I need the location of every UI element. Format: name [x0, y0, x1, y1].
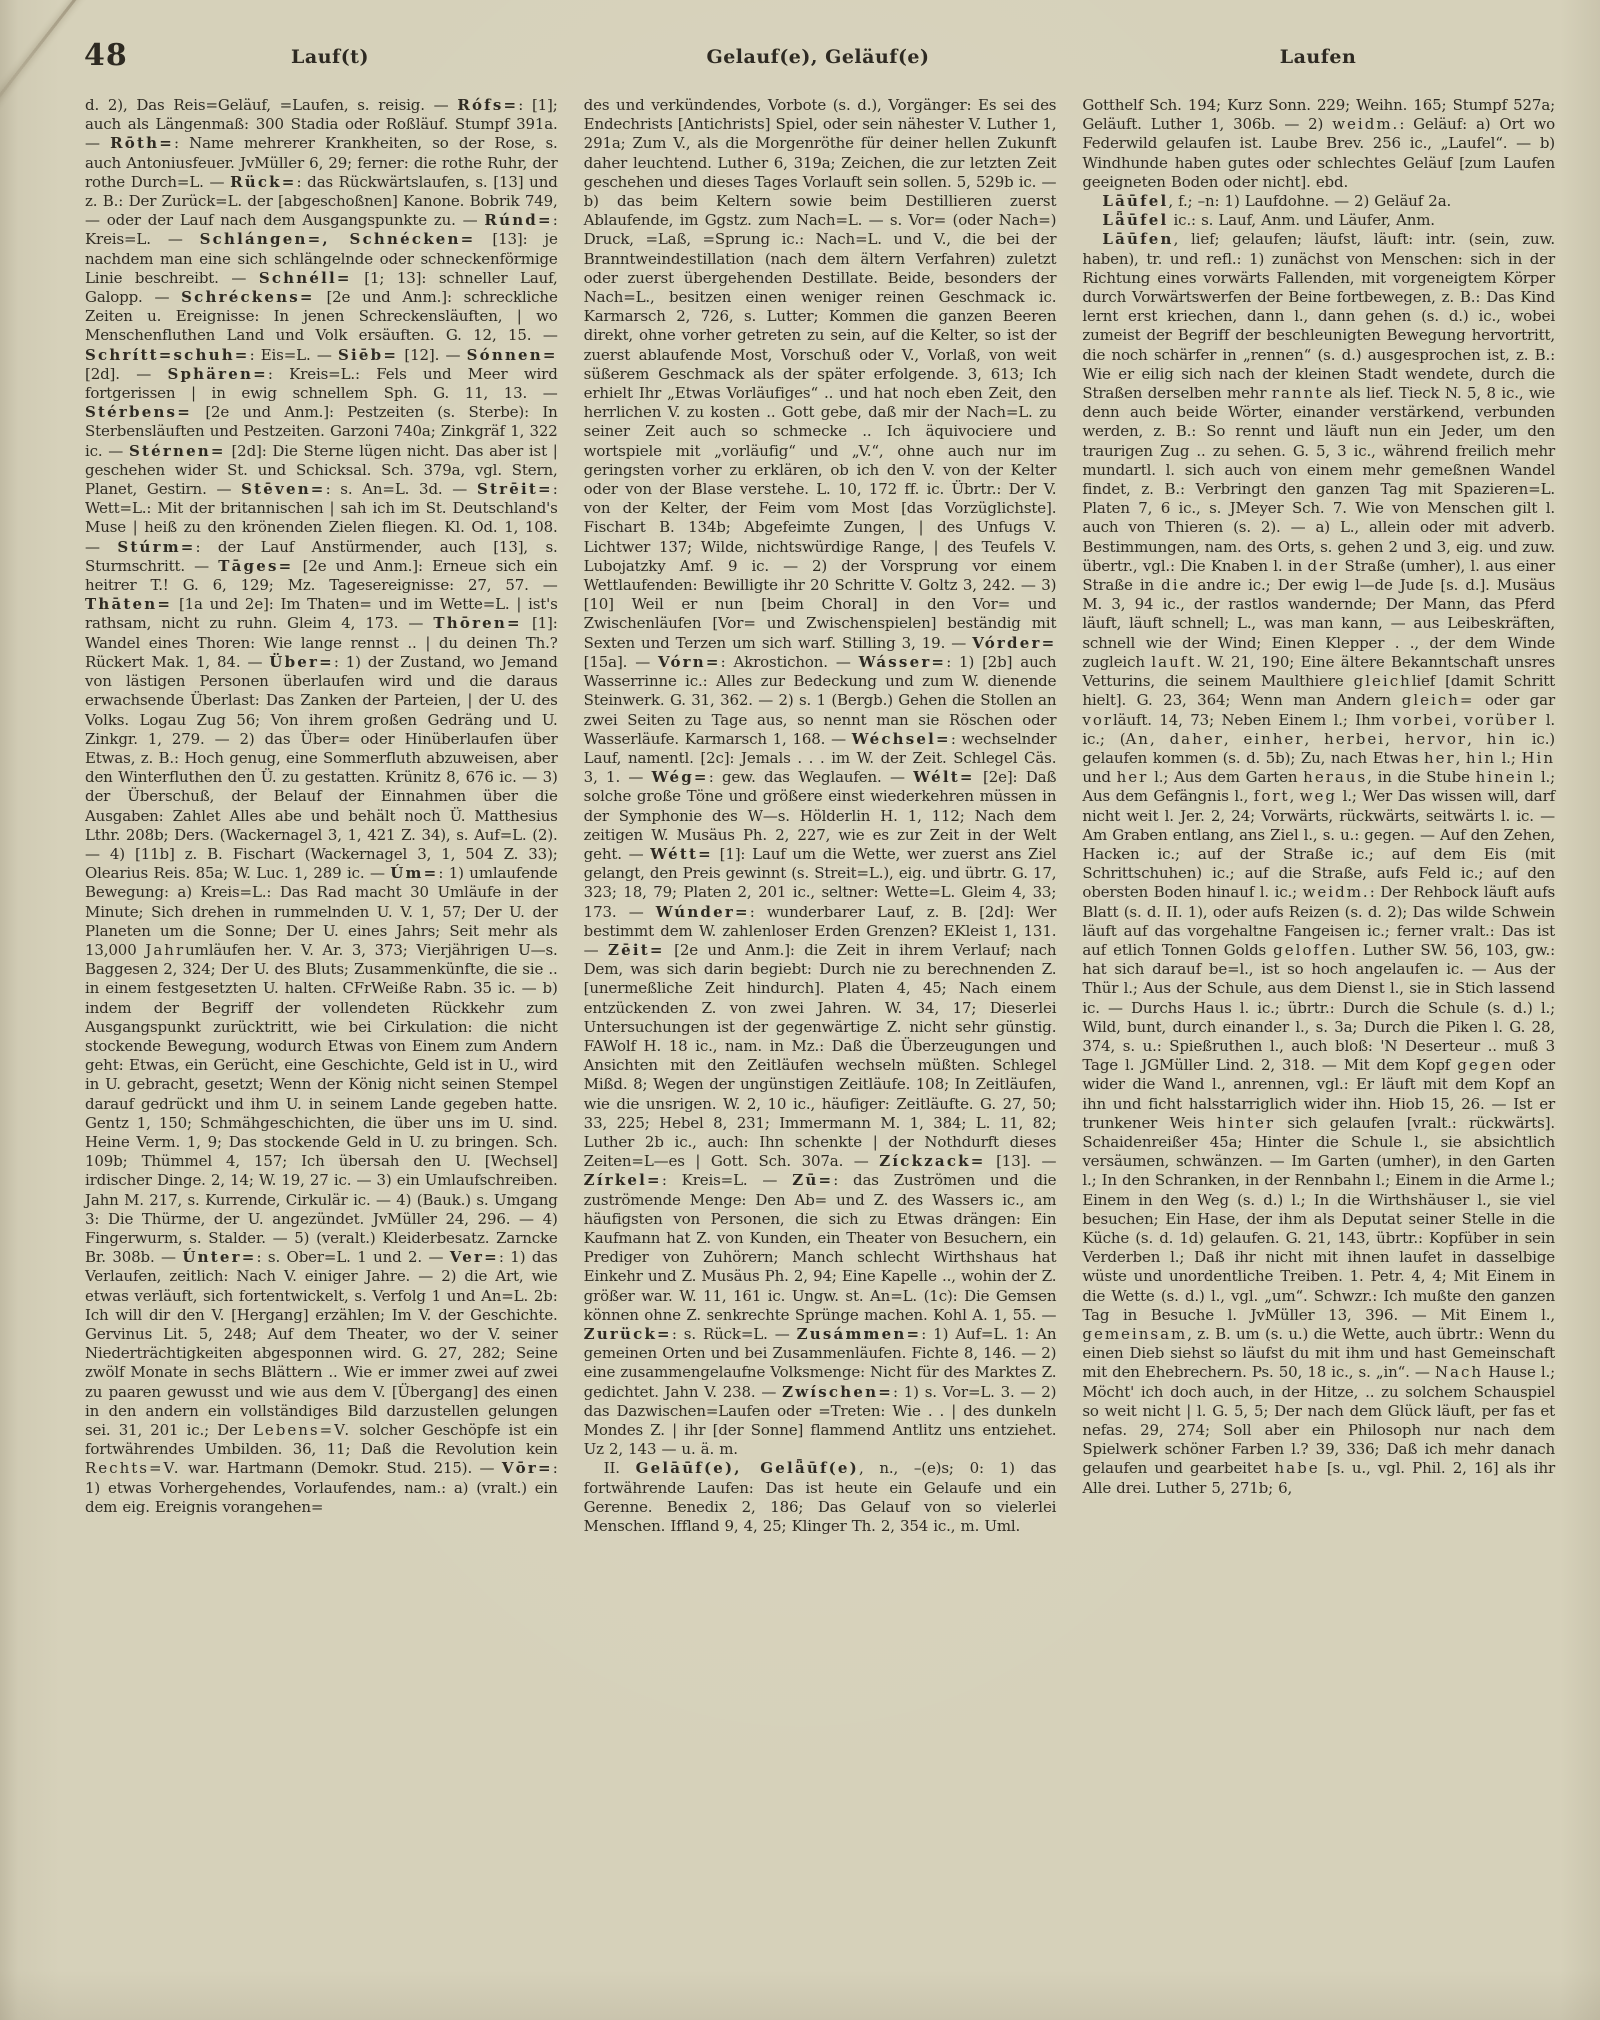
headword: Lāūfen: [1102, 230, 1173, 248]
emphasis: her: [1117, 768, 1149, 786]
headword: Zēit=: [608, 941, 665, 959]
headword: Stérnen=: [129, 442, 226, 460]
headword: Wásser=: [859, 653, 947, 671]
text-column-3: Gotthelf Sch. 194; Kurz Sonn. 229; Weihn…: [1082, 96, 1555, 2020]
headword: Schlángen=, Schnécken=: [200, 230, 476, 248]
emphasis: Nach: [1435, 1363, 1483, 1381]
text-column-1: d. 2), Das Reis=Geläuf, =Laufen, s. reis…: [85, 96, 558, 2020]
emphasis: Jahr: [145, 941, 185, 959]
headword: Thāten=: [85, 595, 172, 613]
headword: Stérbens=: [85, 403, 192, 421]
headword: Lǟūfel: [1102, 211, 1168, 229]
emphasis: vorbei: [1392, 711, 1452, 729]
emphasis: die: [1161, 576, 1190, 594]
headword: Stēven=: [241, 480, 325, 498]
emphasis: lauft: [1151, 653, 1196, 671]
headword: Sónnen=: [467, 346, 558, 364]
emphasis: vor: [1082, 711, 1113, 729]
emphasis: der: [1307, 557, 1339, 575]
emphasis: weidm.: [1332, 115, 1399, 133]
emphasis: rannte: [1272, 384, 1334, 402]
paragraph: Lāūfel, f.; –n: 1) Laufdohne. — 2) Geläu…: [1082, 192, 1555, 211]
emphasis: daher: [1170, 730, 1224, 748]
emphasis: habe: [1275, 1459, 1320, 1477]
headword: Thōren=: [433, 614, 521, 632]
page-number: 48: [84, 38, 128, 73]
emphasis: gleich: [1354, 672, 1412, 690]
emphasis: fort: [1254, 787, 1290, 805]
headword: Gelāūf(e), Gelǟūf(e): [636, 1459, 859, 1477]
headword: Strēit=: [477, 480, 553, 498]
emphasis: hin: [1466, 749, 1496, 767]
headword: Sphären=: [167, 365, 267, 383]
emphasis: An: [1125, 730, 1150, 748]
emphasis: gegen: [1457, 1056, 1514, 1074]
headword: Zíckzack=: [879, 1152, 985, 1170]
emphasis: gemeinsam: [1082, 1325, 1187, 1343]
headword: Wélt=: [913, 768, 974, 786]
headword: Zurück=: [584, 1325, 672, 1343]
headword: Über=: [269, 653, 334, 671]
emphasis: geloffen: [1273, 941, 1351, 959]
paragraph: II. Gelāūf(e), Gelǟūf(e), n., –(e)s; 0: …: [584, 1459, 1057, 1536]
paragraph: Gotthelf Sch. 194; Kurz Sonn. 229; Weihn…: [1082, 96, 1555, 192]
headword: Rōth=: [110, 134, 174, 152]
emphasis: hervor: [1405, 730, 1467, 748]
emphasis: weg: [1300, 787, 1337, 805]
headword: Rófs=: [457, 96, 518, 114]
headword: Zírkel=: [584, 1171, 662, 1189]
paragraph: Lǟūfel ic.: s. Lauf, Anm. und Läufer, An…: [1082, 211, 1555, 230]
headword: Wég=: [652, 768, 709, 786]
headword: Lāūfel: [1102, 192, 1168, 210]
emphasis: hinter: [1217, 1114, 1275, 1132]
emphasis: vorüber: [1464, 711, 1538, 729]
headword: Vōr=: [502, 1459, 553, 1477]
paragraph: d. 2), Das Reis=Geläuf, =Laufen, s. reis…: [85, 96, 558, 1517]
headword: Stúrm=: [117, 538, 195, 556]
running-title-right: Laufen: [1280, 46, 1357, 68]
headword: Zwíschen=: [782, 1383, 893, 1401]
headword: Schnéll=: [259, 269, 352, 287]
headword: Schrítt=schuh=: [85, 346, 250, 364]
headword: Únter=: [182, 1248, 256, 1266]
paragraph: des und verkündendes, Vorbote (s. d.), V…: [584, 96, 1057, 1459]
emphasis: hinein: [1476, 768, 1535, 786]
emphasis: Hin: [1521, 749, 1555, 767]
headword: Siēb=: [338, 346, 398, 364]
headword: Zū=: [792, 1171, 833, 1189]
paper-crease-artifact: [0, 0, 98, 208]
emphasis: hin: [1487, 730, 1517, 748]
emphasis: herbei: [1324, 730, 1385, 748]
emphasis: Rechts=V.: [85, 1459, 181, 1477]
emphasis: gleich=: [1402, 691, 1475, 709]
headword: Zusámmen=: [797, 1325, 922, 1343]
headword: Vórn=: [658, 653, 721, 671]
headword: Rúnd=: [484, 211, 552, 229]
headword: Vórder=: [972, 634, 1056, 652]
headword: Wétt=: [650, 845, 713, 863]
emphasis: einher: [1243, 730, 1304, 748]
text-column-2: des und verkündendes, Vorbote (s. d.), V…: [584, 96, 1057, 2020]
headword: Úm=: [390, 864, 438, 882]
scanned-dictionary-page: 48 Lauf(t) Gelauf(e), Geläuf(e) Laufen d…: [0, 0, 1600, 2020]
headword: Schréckens=: [181, 288, 315, 306]
headword: Tāges=: [218, 557, 293, 575]
headword: Rück=: [230, 173, 296, 191]
emphasis: her: [1424, 749, 1456, 767]
paragraph: Lāūfen, lief; gelaufen; läufst, läuft: i…: [1082, 230, 1555, 1497]
page-header: 48 Lauf(t) Gelauf(e), Geläuf(e) Laufen: [0, 36, 1600, 80]
text-columns: d. 2), Das Reis=Geläuf, =Laufen, s. reis…: [85, 96, 1555, 2020]
headword: Wéchsel=: [852, 730, 951, 748]
headword: Ver=: [450, 1248, 499, 1266]
emphasis: weidm.: [1303, 883, 1370, 901]
emphasis: Lebens=V.: [253, 1421, 351, 1439]
running-title-center: Gelauf(e), Geläuf(e): [706, 46, 929, 68]
headword: Wúnder=: [656, 903, 750, 921]
running-title-left: Lauf(t): [291, 46, 369, 68]
emphasis: heraus: [1303, 768, 1367, 786]
